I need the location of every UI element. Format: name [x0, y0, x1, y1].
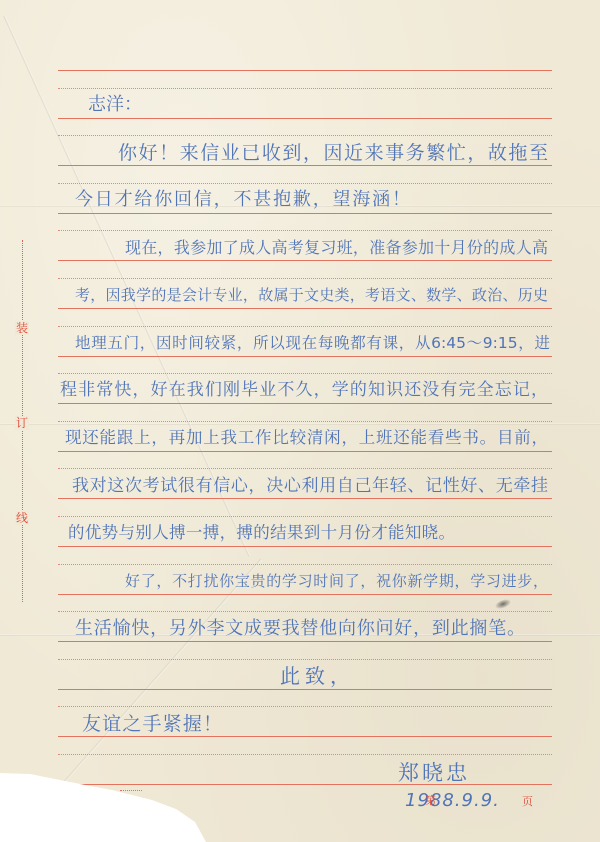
letter-line: 现还能跟上，再加上我工作比较清闲，上班还能看些书。目前， — [65, 426, 548, 450]
closing-greeting: 友谊之手紧握！ — [82, 712, 222, 736]
rule-line-dotted — [58, 373, 552, 374]
signature: 郑晓忠 — [398, 757, 470, 787]
rule-line — [58, 165, 552, 166]
letter-line: 生活愉快，另外李文成要我替他向你问好，到此搁笔。 — [75, 617, 525, 641]
rule-line — [58, 736, 552, 737]
rule-line — [58, 308, 552, 309]
rule-line-dotted — [58, 326, 552, 327]
rule-line-dotted — [58, 88, 552, 89]
torn-print-fragment — [120, 790, 142, 793]
letter-line: 今日才给你回信，不甚抱歉，望海涵！ — [75, 188, 410, 212]
binding-label-ding: 订 — [15, 416, 29, 430]
rule-line-bottom — [58, 784, 552, 785]
rule-line — [58, 451, 552, 452]
rule-line-dotted — [58, 706, 552, 707]
rule-line-dotted — [58, 421, 552, 422]
rule-line-dotted — [58, 468, 552, 469]
rule-line-dotted — [58, 183, 552, 184]
letter-date: 1988.9.9. — [405, 790, 500, 811]
rule-line-dotted — [58, 659, 552, 660]
salutation: 志洋： — [88, 93, 142, 117]
rule-line — [58, 356, 552, 357]
closing: 此致， — [280, 664, 350, 688]
rule-line — [58, 260, 552, 261]
rule-line — [58, 403, 552, 404]
page-number-prefix: 第 — [425, 792, 436, 808]
rule-line-dotted — [58, 611, 552, 612]
rule-line-dotted — [58, 278, 552, 279]
letter-line: 现在，我参加了成人高考复习班，准备参加十月份的成人高 — [125, 236, 548, 260]
letter-line: 好了，不打扰你宝贵的学习时间了，祝你新学期，学习进步， — [125, 569, 548, 593]
rule-line-dotted — [58, 230, 552, 231]
rule-line — [58, 594, 552, 595]
rule-line-dotted — [58, 516, 552, 517]
binding-label-zhuang: 装 — [15, 321, 29, 335]
rule-line — [58, 70, 552, 71]
rule-line — [58, 641, 552, 642]
rule-line-dotted — [58, 564, 552, 565]
rule-line — [58, 689, 552, 690]
rule-line — [58, 546, 552, 547]
letter-line: 考，因我学的是会计专业，故属于文史类，考语文、数学、政治、历史 — [75, 283, 548, 307]
letter-line: 我对这次考试很有信心，决心利用自己年轻、记性好、无牵挂 — [72, 474, 548, 498]
page-number-suffix: 页 — [522, 793, 533, 809]
paper-fold-crease — [0, 423, 600, 425]
rule-line — [58, 118, 552, 119]
rule-line-dotted — [58, 754, 552, 755]
rule-line — [58, 213, 552, 214]
rule-line — [58, 498, 552, 499]
rule-line-dotted — [58, 135, 552, 136]
letter-line: 你好！来信业已收到，因近来事务繁忙，故拖至 — [118, 141, 548, 165]
letter-line: 的优势与别人搏一搏，搏的结果到十月份才能知晓。 — [68, 521, 455, 545]
binding-label-xian: 线 — [15, 511, 29, 525]
letter-line: 地理五门，因时间较紧，所以现在每晚都有课，从6:45～9:15，进 — [75, 331, 550, 355]
letter-line: 程非常快，好在我们刚毕业不久，学的知识还没有完全忘记， — [60, 378, 548, 402]
